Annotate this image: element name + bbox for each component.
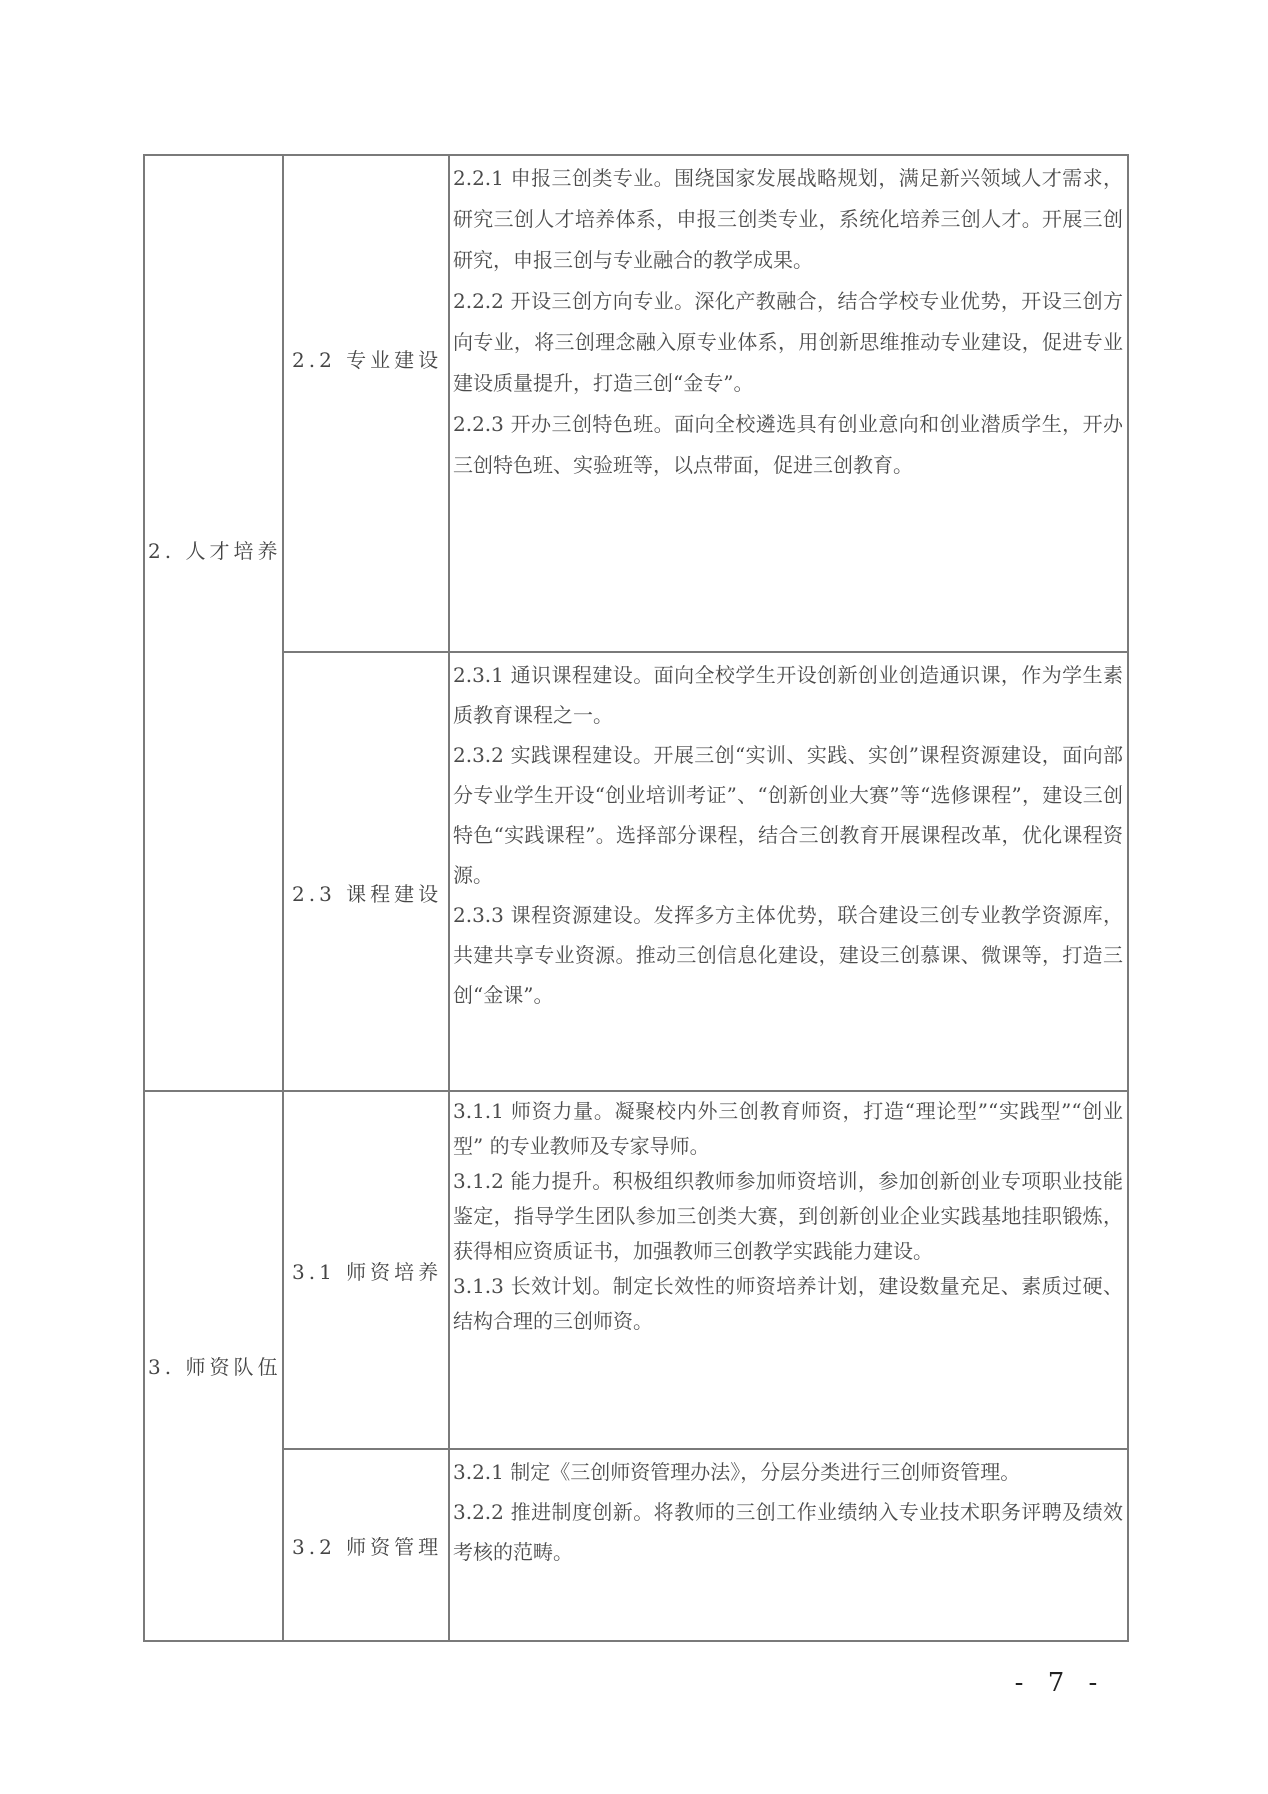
subsection-label: 3.1 师资培养 [284, 1092, 448, 1448]
table-row: 2. 人才培养 2.2 专业建设 2.2.1 申报三创类专业。围绕国家发展战略规… [144, 155, 1128, 652]
list-item: 3.1.3 长效计划。制定长效性的师资培养计划，建设数量充足、素质过硬、结构合理… [453, 1269, 1123, 1339]
list-item: 3.2.2 推进制度创新。将教师的三创工作业绩纳入专业技术职务评聘及绩效考核的范… [453, 1492, 1123, 1572]
content-cell: 2.3.1 通识课程建设。面向全校学生开设创新创业创造通识课，作为学生素质教育课… [449, 652, 1128, 1091]
subsection-label: 3.2 师资管理 [284, 1450, 448, 1640]
list-item: 2.2.3 开办三创特色班。面向全校遴选具有创业意向和创业潜质学生，开办三创特色… [453, 404, 1123, 486]
list-item: 2.3.3 课程资源建设。发挥多方主体优势，联合建设三创专业教学资源库，共建共享… [453, 895, 1123, 1015]
subsection-cell: 2.2 专业建设 [283, 155, 449, 652]
list-item: 3.1.1 师资力量。凝聚校内外三创教育师资，打造“理论型”“实践型”“创业型”… [453, 1094, 1123, 1164]
content-cell: 3.1.1 师资力量。凝聚校内外三创教育师资，打造“理论型”“实践型”“创业型”… [449, 1091, 1128, 1449]
section-cell: 3. 师资队伍 [144, 1091, 283, 1641]
list-item: 2.3.2 实践课程建设。开展三创“实训、实践、实创”课程资源建设，面向部分专业… [453, 735, 1123, 895]
content-cell: 2.2.1 申报三创类专业。围绕国家发展战略规划，满足新兴领域人才需求，研究三创… [449, 155, 1128, 652]
list-item: 2.2.1 申报三创类专业。围绕国家发展战略规划，满足新兴领域人才需求，研究三创… [453, 158, 1123, 281]
list-item: 3.1.2 能力提升。积极组织教师参加师资培训，参加创新创业专项职业技能鉴定，指… [453, 1164, 1123, 1269]
list-item: 2.2.2 开设三创方向专业。深化产教融合，结合学校专业优势，开设三创方向专业，… [453, 281, 1123, 404]
content-cell: 3.2.1 制定《三创师资管理办法》，分层分类进行三创师资管理。 3.2.2 推… [449, 1449, 1128, 1641]
list-item: 3.2.1 制定《三创师资管理办法》，分层分类进行三创师资管理。 [453, 1452, 1123, 1492]
table-row: 2.3 课程建设 2.3.1 通识课程建设。面向全校学生开设创新创业创造通识课，… [144, 652, 1128, 1091]
subsection-cell: 3.1 师资培养 [283, 1091, 449, 1449]
section-label: 2. 人才培养 [145, 156, 282, 1090]
subsection-cell: 2.3 课程建设 [283, 652, 449, 1091]
table-row: 3. 师资队伍 3.1 师资培养 3.1.1 师资力量。凝聚校内外三创教育师资，… [144, 1091, 1128, 1449]
subsection-label: 2.2 专业建设 [284, 156, 448, 649]
section-cell: 2. 人才培养 [144, 155, 283, 1091]
list-item: 2.3.1 通识课程建设。面向全校学生开设创新创业创造通识课，作为学生素质教育课… [453, 655, 1123, 735]
table-row: 3.2 师资管理 3.2.1 制定《三创师资管理办法》，分层分类进行三创师资管理… [144, 1449, 1128, 1641]
document-page: 2. 人才培养 2.2 专业建设 2.2.1 申报三创类专业。围绕国家发展战略规… [0, 0, 1268, 1794]
page-number: - 7 - [1010, 1668, 1110, 1698]
plan-table: 2. 人才培养 2.2 专业建设 2.2.1 申报三创类专业。围绕国家发展战略规… [143, 154, 1129, 1642]
subsection-cell: 3.2 师资管理 [283, 1449, 449, 1641]
section-label: 3. 师资队伍 [145, 1092, 282, 1638]
subsection-label: 2.3 课程建设 [284, 653, 448, 1088]
